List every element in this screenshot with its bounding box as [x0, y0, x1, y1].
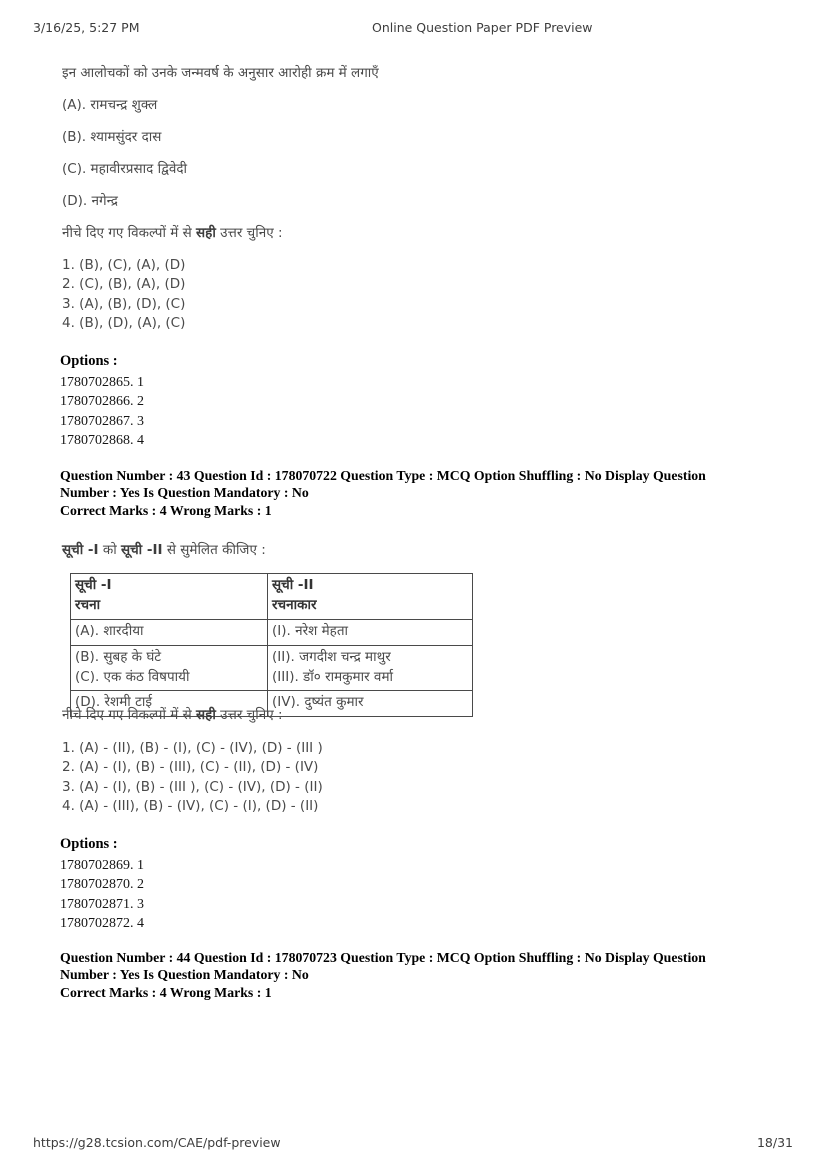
instruction-bold-word: सही	[196, 707, 216, 723]
stem-mid: को	[99, 542, 121, 558]
match-question-stem: सूची -I को सूची -II से सुमेलित कीजिए :	[62, 541, 762, 559]
instruction-prefix: नीचे दिए गए विकल्पों में से	[62, 225, 196, 241]
table-cell-right-ii-iii: (II). जगदीश चन्द्र माथुर (III). डॉ० रामक…	[268, 646, 473, 691]
table-cell-right-iii: (III). डॉ० रामकुमार वर्मा	[272, 667, 468, 687]
stem-suffix: से सुमेलित कीजिए :	[163, 542, 266, 558]
choice-list: 1. (A) - (II), (B) - (I), (C) - (IV), (D…	[62, 739, 762, 816]
table-cell-left-b: (B). सुबह के घंटे	[75, 647, 263, 667]
question-43-body: इन आलोचकों को उनके जन्मवर्ष के अनुसार आर…	[62, 64, 762, 256]
question-metadata: Question Number : 44 Question Id : 17807…	[60, 950, 754, 1002]
option-id-4: 1780702872. 4	[60, 914, 144, 933]
table-cell-right-i: (I). नरेश मेहता	[268, 620, 473, 646]
instruction-bold-word: सही	[196, 225, 216, 241]
option-id-1: 1780702869. 1	[60, 856, 144, 875]
options-id-block: Options : 1780702865. 1 1780702866. 2 17…	[60, 352, 144, 450]
table-header-list1: सूची -I रचना	[71, 574, 268, 620]
stem-bold-list2: सूची -II	[121, 542, 163, 558]
choice-item-2: 2. (A) - (I), (B) - (III), (C) - (II), (…	[62, 758, 762, 777]
footer-page-number: 18/31	[757, 1135, 793, 1150]
instruction-line: नीचे दिए गए विकल्पों में से सही उत्तर चु…	[62, 706, 762, 724]
table-header-list2-subtitle: रचनाकार	[272, 595, 468, 615]
option-id-2: 1780702870. 2	[60, 875, 144, 894]
option-id-3: 1780702871. 3	[60, 895, 144, 914]
footer-url: https://g28.tcsion.com/CAE/pdf-preview	[33, 1135, 281, 1150]
choice-item-4: 4. (B), (D), (A), (C)	[62, 314, 762, 333]
stem-bold-list1: सूची -I	[62, 542, 99, 558]
table-cell-left-bc: (B). सुबह के घंटे (C). एक कंठ विषपायी	[71, 646, 268, 691]
option-item-c: (C). महावीरप्रसाद द्विवेदी	[62, 160, 762, 178]
instruction-suffix: उत्तर चुनिए :	[216, 707, 283, 723]
header-title: Online Question Paper PDF Preview	[372, 20, 593, 35]
choice-item-3: 3. (A), (B), (D), (C)	[62, 295, 762, 314]
option-item-d: (D). नगेन्द्र	[62, 192, 762, 210]
options-heading: Options :	[60, 352, 144, 370]
choice-item-1: 1. (B), (C), (A), (D)	[62, 256, 762, 275]
question-stem: इन आलोचकों को उनके जन्मवर्ष के अनुसार आर…	[62, 64, 762, 82]
instruction-suffix: उत्तर चुनिए :	[216, 225, 283, 241]
table-row: (A). शारदीया (I). नरेश मेहता	[71, 620, 473, 646]
match-table: सूची -I रचना सूची -II रचनाकार (A). शारदी…	[70, 573, 473, 717]
options-heading: Options :	[60, 835, 144, 853]
table-header-list2: सूची -II रचनाकार	[268, 574, 473, 620]
header-datetime: 3/16/25, 5:27 PM	[33, 20, 140, 35]
choice-item-4: 4. (A) - (III), (B) - (IV), (C) - (I), (…	[62, 797, 762, 816]
table-header-row: सूची -I रचना सूची -II रचनाकार	[71, 574, 473, 620]
choice-item-2: 2. (C), (B), (A), (D)	[62, 275, 762, 294]
choice-item-3: 3. (A) - (I), (B) - (III ), (C) - (IV), …	[62, 778, 762, 797]
question-metadata: Question Number : 43 Question Id : 17807…	[60, 468, 754, 520]
choice-list: 1. (B), (C), (A), (D) 2. (C), (B), (A), …	[62, 256, 762, 333]
table-cell-left-a: (A). शारदीया	[71, 620, 268, 646]
option-id-1: 1780702865. 1	[60, 373, 144, 392]
option-item-b: (B). श्यामसुंदर दास	[62, 128, 762, 146]
table-row: (B). सुबह के घंटे (C). एक कंठ विषपायी (I…	[71, 646, 473, 691]
table-header-list1-title: सूची -I	[75, 575, 263, 595]
option-item-a: (A). रामचन्द्र शुक्ल	[62, 96, 762, 114]
option-id-2: 1780702866. 2	[60, 392, 144, 411]
option-id-4: 1780702868. 4	[60, 431, 144, 450]
table-header-list2-title: सूची -II	[272, 575, 468, 595]
options-id-block: Options : 1780702869. 1 1780702870. 2 17…	[60, 835, 144, 933]
instruction-line: नीचे दिए गए विकल्पों में से सही उत्तर चु…	[62, 224, 762, 242]
table-header-list1-subtitle: रचना	[75, 595, 263, 615]
table-cell-left-c: (C). एक कंठ विषपायी	[75, 667, 263, 687]
instruction-prefix: नीचे दिए गए विकल्पों में से	[62, 707, 196, 723]
marks-meta-line: Correct Marks : 4 Wrong Marks : 1	[60, 503, 754, 520]
option-id-3: 1780702867. 3	[60, 412, 144, 431]
choice-item-1: 1. (A) - (II), (B) - (I), (C) - (IV), (D…	[62, 739, 762, 758]
marks-meta-line: Correct Marks : 4 Wrong Marks : 1	[60, 985, 754, 1002]
question-meta-line: Question Number : 44 Question Id : 17807…	[60, 950, 754, 983]
table-cell-right-ii: (II). जगदीश चन्द्र माथुर	[272, 647, 468, 667]
question-meta-line: Question Number : 43 Question Id : 17807…	[60, 468, 754, 501]
